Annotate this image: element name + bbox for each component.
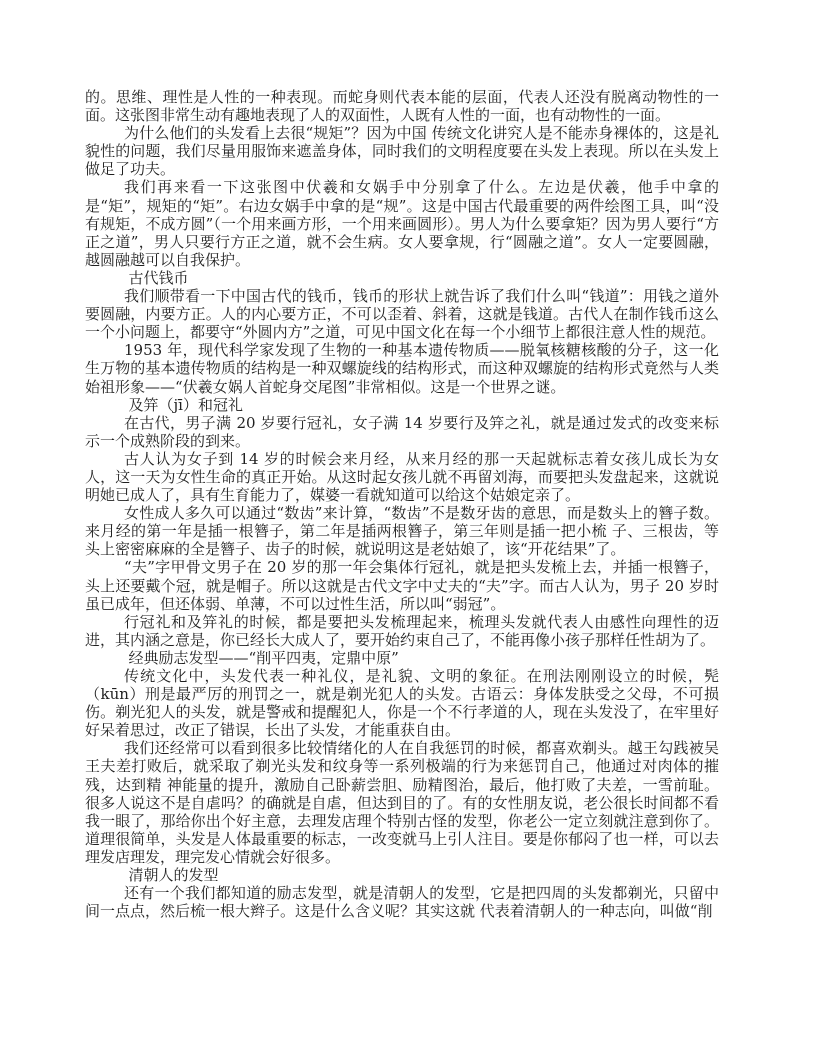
paragraph: 行冠礼和及笄礼的时候，都是要把头发梳理起来，梳理头发就代表人由感性向理性的迈进，… bbox=[85, 613, 719, 649]
paragraph: 在古代，男子满 20 岁要行冠礼，女子满 14 岁要行及笄之礼，就是通过发式的改… bbox=[85, 414, 719, 450]
paragraph: 传统文化中，头发代表一种礼仪，是礼貌、文明的象征。在刑法刚刚设立的时候，髡（kū… bbox=[85, 667, 719, 739]
paragraph: 我们还经常可以看到很多比较情绪化的人在自我惩罚的时候，都喜欢剃头。越王勾践被吴王… bbox=[85, 739, 719, 866]
paragraph: 的。思维、理性是人性的一种表现。而蛇身则代表本能的层面，代表人还没有脱离动物性的… bbox=[85, 88, 719, 124]
paragraph: 还有一个我们都知道的励志发型，就是清朝人的发型，它是把四周的头发都剃光，只留中间… bbox=[85, 884, 719, 920]
section-heading: 古代钱币 bbox=[85, 269, 719, 287]
section-heading: 经典励志发型——“削平四夷，定鼎中原” bbox=[85, 649, 719, 667]
paragraph: 古人认为女子到 14 岁的时候会来月经，从来月经的那一天起就标志着女孩儿成长为女… bbox=[85, 450, 719, 504]
page-text: 的。思维、理性是人性的一种表现。而蛇身则代表本能的层面，代表人还没有脱离动物性的… bbox=[85, 88, 719, 920]
paragraph: 为什么他们的头发看上去很“规矩”？因为中国 传统文化讲究人是不能赤身裸体的，这是… bbox=[85, 124, 719, 178]
paragraph: 我们顺带看一下中国古代的钱币，钱币的形状上就告诉了我们什么叫“钱道”：用钱之道外… bbox=[85, 287, 719, 341]
paragraph: 1953 年，现代科学家发现了生物的一种基本遗传物质——脱氧核糖核酸的分子，这一… bbox=[85, 341, 719, 395]
section-heading: 清朝人的发型 bbox=[85, 866, 719, 884]
paragraph: 女性成人多久可以通过“数齿”来计算，“数齿”不是数牙齿的意思，而是数头上的簪子数… bbox=[85, 504, 719, 558]
paragraph: “夫”字甲骨文男子在 20 岁的那一年会集体行冠礼，就是把头发梳上去，并插一根簪… bbox=[85, 558, 719, 612]
section-heading: 及笄（jī）和冠礼 bbox=[85, 396, 719, 414]
document-page: 的。思维、理性是人性的一种表现。而蛇身则代表本能的层面，代表人还没有脱离动物性的… bbox=[0, 0, 816, 1056]
paragraph: 我们再来看一下这张图中伏羲和女娲手中分别拿了什么。左边是伏羲，他手中拿的是“矩”… bbox=[85, 178, 719, 268]
